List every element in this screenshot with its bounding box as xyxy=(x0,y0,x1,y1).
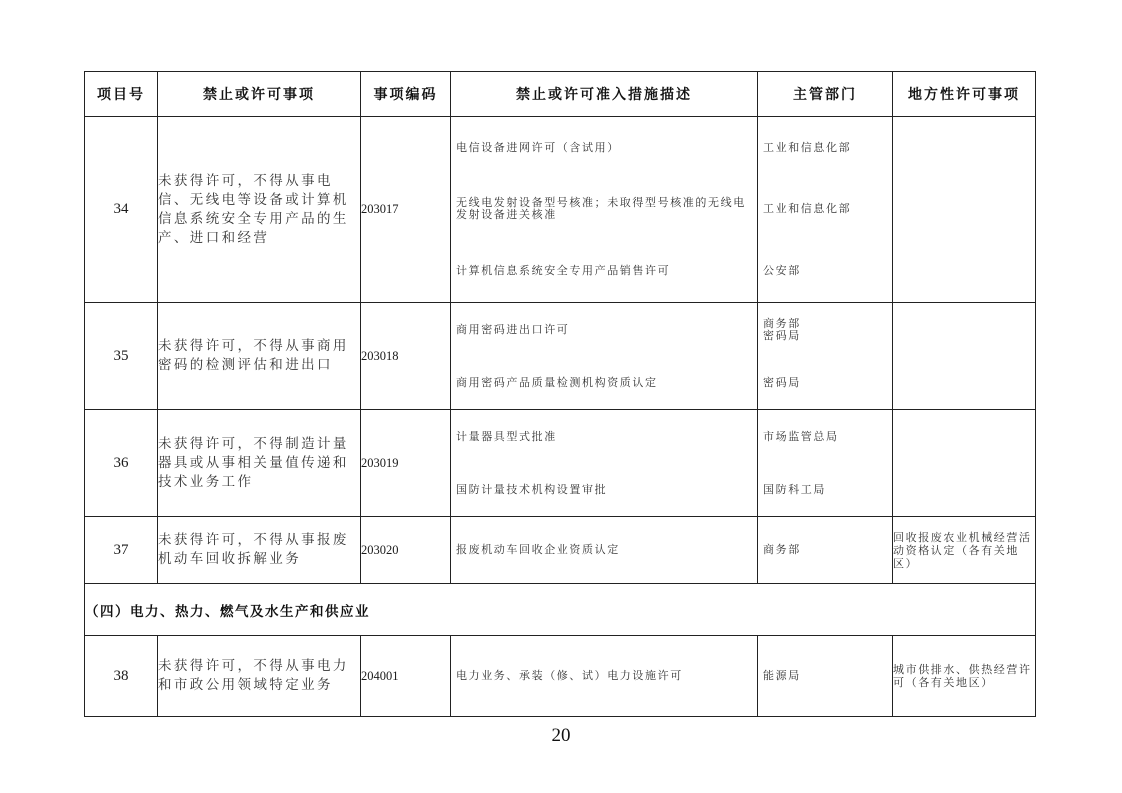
section-header-row: （四）电力、热力、燃气及水生产和供应业 xyxy=(85,584,1036,636)
table-row: 36 未获得许可，不得制造计量器具或从事相关量值传递和技术业务工作 203019… xyxy=(85,410,1036,517)
measure-descriptions: 电力业务、承装（修、试）电力设施许可 xyxy=(451,636,758,717)
departments: 商务部 xyxy=(758,517,893,584)
item-code: 203018 xyxy=(361,303,451,410)
measure-description: 电信设备进网许可（含试用） xyxy=(451,123,757,173)
measure-description: 计算机信息系统安全专用产品销售许可 xyxy=(451,246,757,296)
measure-description: 无线电发射设备型号核准；未取得型号核准的无线电发射设备进关核准 xyxy=(451,184,757,234)
measure-description: 国防计量技术机构设置审批 xyxy=(451,470,757,510)
header-department: 主管部门 xyxy=(758,72,893,117)
department: 国防科工局 xyxy=(758,470,892,510)
measure-description: 报废机动车回收企业资质认定 xyxy=(451,544,757,556)
header-item-number: 项目号 xyxy=(85,72,158,117)
table-row: 34 未获得许可，不得从事电信、无线电等设备或计算机信息系统安全专用产品的生产、… xyxy=(85,117,1036,303)
measure-descriptions: 报废机动车回收企业资质认定 xyxy=(451,517,758,584)
measure-descriptions: 计量器具型式批准 国防计量技术机构设置审批 xyxy=(451,410,758,517)
measure-descriptions: 电信设备进网许可（含试用） 无线电发射设备型号核准；未取得型号核准的无线电发射设… xyxy=(451,117,758,303)
header-local-permit: 地方性许可事项 xyxy=(893,72,1036,117)
header-code: 事项编码 xyxy=(361,72,451,117)
header-item: 禁止或许可事项 xyxy=(158,72,361,117)
item-number: 35 xyxy=(85,303,158,410)
department: 工业和信息化部 xyxy=(758,184,892,234)
item-code: 204001 xyxy=(361,636,451,717)
departments: 能源局 xyxy=(758,636,893,717)
document-page: 项目号 禁止或许可事项 事项编码 禁止或许可准入措施描述 主管部门 地方性许可事… xyxy=(0,0,1122,793)
local-permit xyxy=(893,410,1036,517)
department: 商务部 密码局 xyxy=(758,310,892,350)
item-code: 203017 xyxy=(361,117,451,303)
item-code: 203019 xyxy=(361,410,451,517)
department: 市场监管总局 xyxy=(758,417,892,457)
item-text: 未获得许可，不得从事电信、无线电等设备或计算机信息系统安全专用产品的生产、进口和… xyxy=(158,117,361,303)
header-description: 禁止或许可准入措施描述 xyxy=(451,72,758,117)
item-text: 未获得许可，不得从事商用密码的检测评估和进出口 xyxy=(158,303,361,410)
department: 密码局 xyxy=(758,363,892,403)
item-number: 34 xyxy=(85,117,158,303)
departments: 商务部 密码局 密码局 xyxy=(758,303,893,410)
measure-descriptions: 商用密码进出口许可 商用密码产品质量检测机构资质认定 xyxy=(451,303,758,410)
department: 能源局 xyxy=(758,670,892,682)
local-permit xyxy=(893,303,1036,410)
table-row: 38 未获得许可，不得从事电力和市政公用领域特定业务 204001 电力业务、承… xyxy=(85,636,1036,717)
item-code: 203020 xyxy=(361,517,451,584)
measure-description: 商用密码产品质量检测机构资质认定 xyxy=(451,363,757,403)
departments: 市场监管总局 国防科工局 xyxy=(758,410,893,517)
measure-description: 商用密码进出口许可 xyxy=(451,310,757,350)
item-text: 未获得许可，不得从事报废机动车回收拆解业务 xyxy=(158,517,361,584)
department: 商务部 xyxy=(758,544,892,556)
page-number: 20 xyxy=(0,725,1122,747)
table-row: 37 未获得许可，不得从事报废机动车回收拆解业务 203020 报废机动车回收企… xyxy=(85,517,1036,584)
item-text: 未获得许可，不得从事电力和市政公用领域特定业务 xyxy=(158,636,361,717)
local-permit: 城市供排水、供热经营许可（各有关地区） xyxy=(893,636,1036,717)
local-permit: 回收报废农业机械经营活动资格认定（各有关地区） xyxy=(893,517,1036,584)
permit-table: 项目号 禁止或许可事项 事项编码 禁止或许可准入措施描述 主管部门 地方性许可事… xyxy=(84,71,1036,717)
section-title: （四）电力、热力、燃气及水生产和供应业 xyxy=(85,584,1036,636)
measure-description: 计量器具型式批准 xyxy=(451,417,757,457)
table-header-row: 项目号 禁止或许可事项 事项编码 禁止或许可准入措施描述 主管部门 地方性许可事… xyxy=(85,72,1036,117)
departments: 工业和信息化部 工业和信息化部 公安部 xyxy=(758,117,893,303)
item-number: 38 xyxy=(85,636,158,717)
department: 公安部 xyxy=(758,246,892,296)
item-text: 未获得许可，不得制造计量器具或从事相关量值传递和技术业务工作 xyxy=(158,410,361,517)
item-number: 36 xyxy=(85,410,158,517)
table-row: 35 未获得许可，不得从事商用密码的检测评估和进出口 203018 商用密码进出… xyxy=(85,303,1036,410)
department: 工业和信息化部 xyxy=(758,123,892,173)
measure-description: 电力业务、承装（修、试）电力设施许可 xyxy=(451,670,757,682)
local-permit xyxy=(893,117,1036,303)
item-number: 37 xyxy=(85,517,158,584)
